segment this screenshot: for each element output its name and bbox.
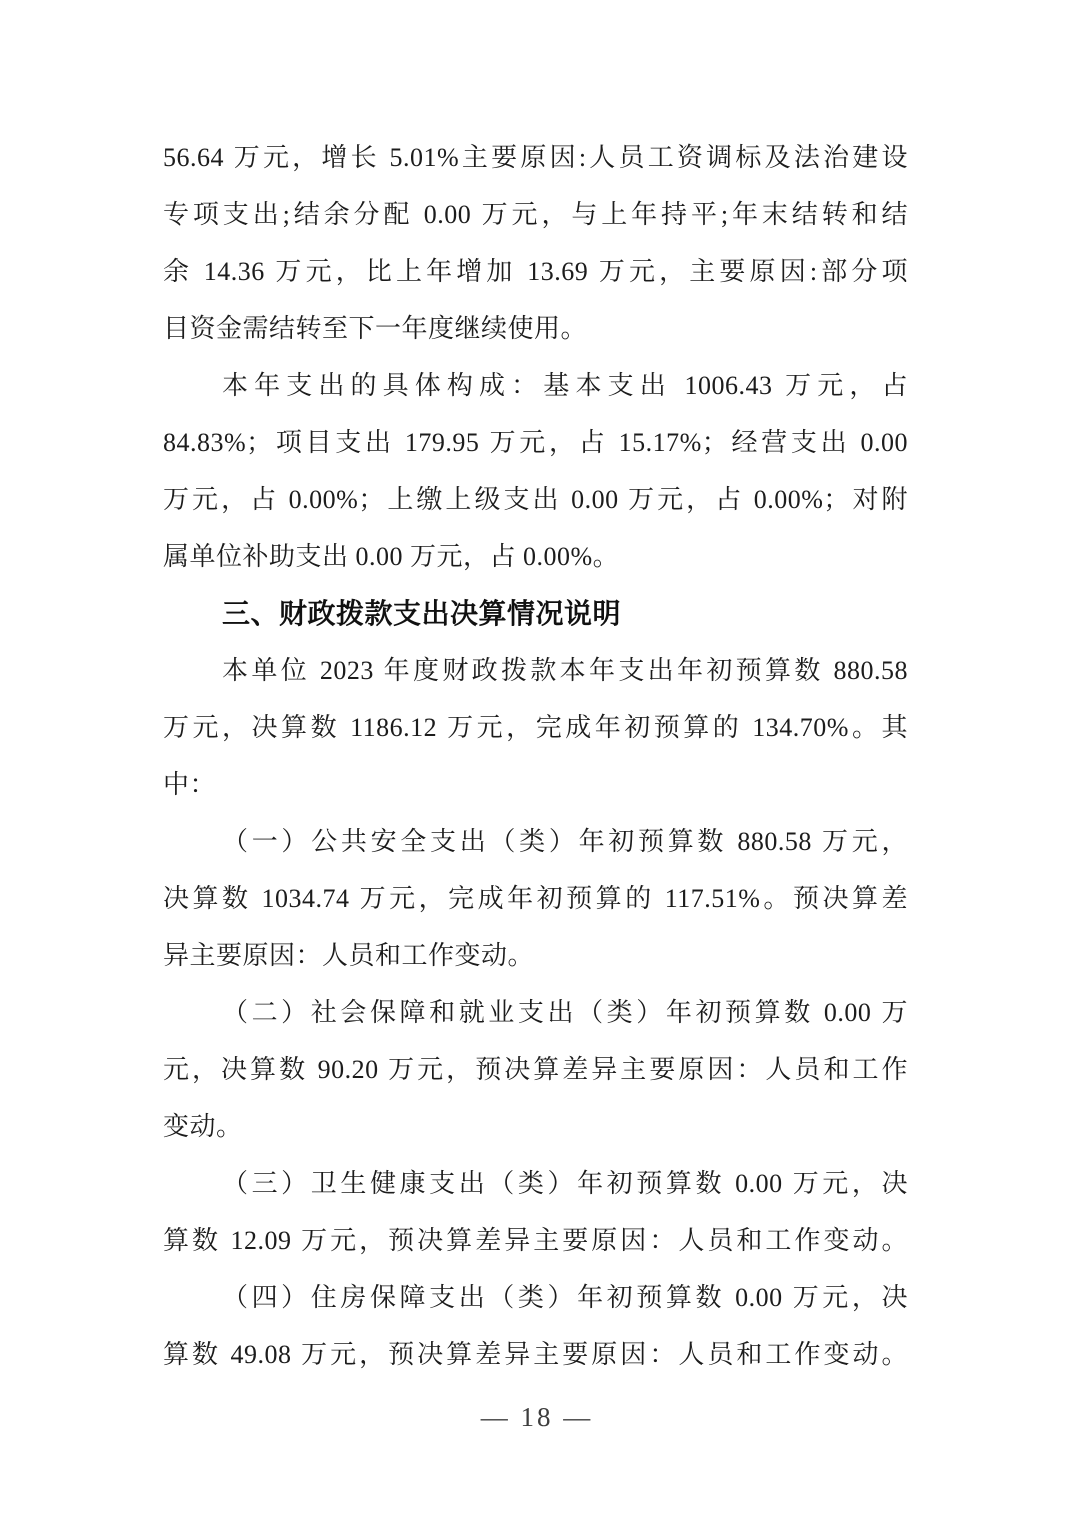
document-page: 56.64 万元，增长 5.01%主要原因:人员工资调标及法治建设 专项支出;结… bbox=[0, 0, 1074, 1520]
text-line: 算数 12.09 万元，预决算差异主要原因：人员和工作变动。 bbox=[163, 1212, 908, 1269]
text-line: 目资金需结转至下一年度继续使用。 bbox=[163, 300, 908, 357]
section-heading: 三、财政拨款支出决算情况说明 bbox=[163, 585, 908, 642]
text-line: 万元，决算数 1186.12 万元，完成年初预算的 134.70%。其 bbox=[163, 699, 908, 756]
text-line: 56.64 万元，增长 5.01%主要原因:人员工资调标及法治建设 bbox=[163, 129, 908, 186]
text-line: 本年支出的具体构成：基本支出 1006.43 万元，占 bbox=[163, 357, 908, 414]
text-line: 元，决算数 90.20 万元，预决算差异主要原因：人员和工作 bbox=[163, 1041, 908, 1098]
text-line: 异主要原因：人员和工作变动。 bbox=[163, 927, 908, 984]
text-line: （三）卫生健康支出（类）年初预算数 0.00 万元，决 bbox=[163, 1155, 908, 1212]
text-line: 变动。 bbox=[163, 1098, 908, 1155]
text-line: 余 14.36 万元，比上年增加 13.69 万元，主要原因:部分项 bbox=[163, 243, 908, 300]
text-line: 决算数 1034.74 万元，完成年初预算的 117.51%。预决算差 bbox=[163, 870, 908, 927]
text-line: 84.83%；项目支出 179.95 万元，占 15.17%；经营支出 0.00 bbox=[163, 414, 908, 471]
page-number: — 18 — bbox=[0, 1402, 1074, 1433]
document-body: 56.64 万元，增长 5.01%主要原因:人员工资调标及法治建设 专项支出;结… bbox=[163, 129, 908, 1383]
text-line: （一）公共安全支出（类）年初预算数 880.58 万元， bbox=[163, 813, 908, 870]
text-line: 中： bbox=[163, 756, 908, 813]
text-line: （四）住房保障支出（类）年初预算数 0.00 万元，决 bbox=[163, 1269, 908, 1326]
text-line: 算数 49.08 万元，预决算差异主要原因：人员和工作变动。 bbox=[163, 1326, 908, 1383]
text-line: （二）社会保障和就业支出（类）年初预算数 0.00 万 bbox=[163, 984, 908, 1041]
text-line: 万元，占 0.00%；上缴上级支出 0.00 万元，占 0.00%；对附 bbox=[163, 471, 908, 528]
text-line: 本单位 2023 年度财政拨款本年支出年初预算数 880.58 bbox=[163, 642, 908, 699]
text-line: 专项支出;结余分配 0.00 万元，与上年持平;年末结转和结 bbox=[163, 186, 908, 243]
text-line: 属单位补助支出 0.00 万元，占 0.00%。 bbox=[163, 528, 908, 585]
